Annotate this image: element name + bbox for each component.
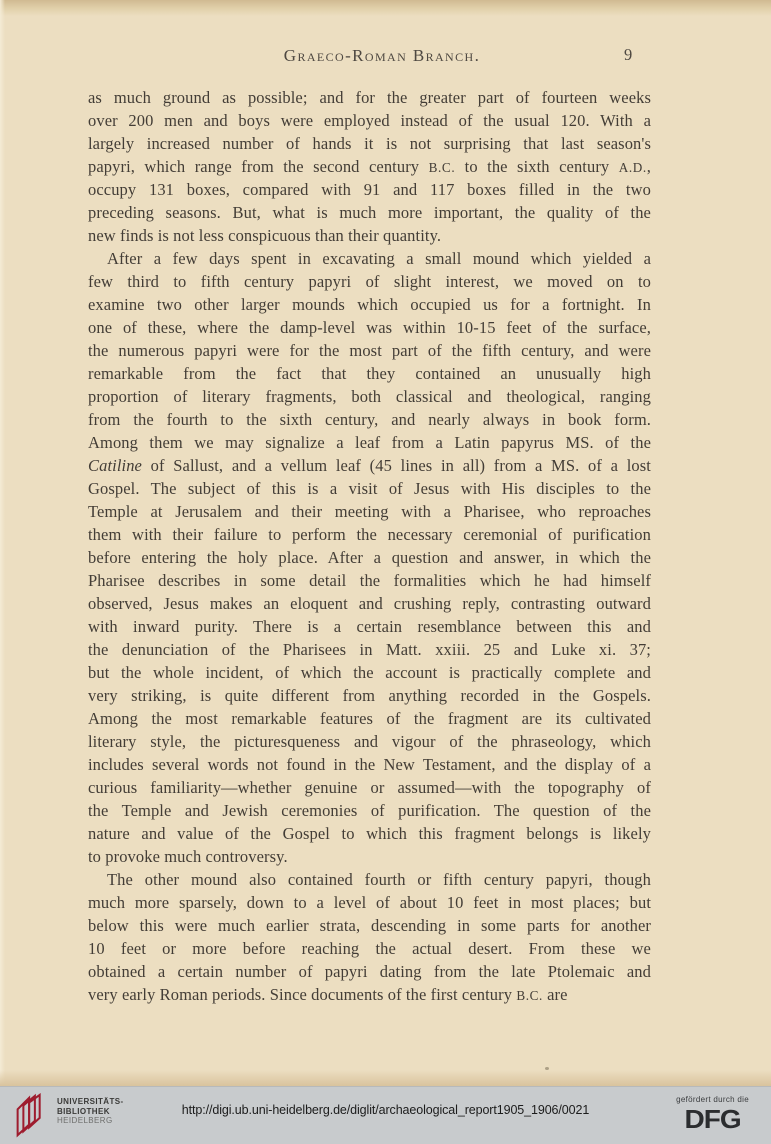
library-name: UNIVERSITÄTS- BIBLIOTHEK HEIDELBERG <box>57 1097 124 1126</box>
text-line: preceding seasons. But, what is much mor… <box>88 201 651 224</box>
text-line: the numerous papyri were for the most pa… <box>88 339 651 362</box>
text-line: over 200 men and boys were employed inst… <box>88 109 651 132</box>
page-text: as much ground as possible; and for the … <box>88 86 651 1006</box>
text-line: proportion of literary fragments, both c… <box>88 385 651 408</box>
text-line: examine two other larger mounds which oc… <box>88 293 651 316</box>
digitization-banner: UNIVERSITÄTS- BIBLIOTHEK HEIDELBERG http… <box>0 1086 771 1144</box>
text-line: papyri, which range from the second cent… <box>88 155 651 178</box>
text-line: below this were much earlier strata, des… <box>88 914 651 937</box>
dfg-logo: DFG <box>676 1105 749 1134</box>
text-line: The other mound also contained fourth or… <box>88 868 651 891</box>
page-number: 9 <box>624 45 632 65</box>
text-line: very early Roman periods. Since document… <box>88 983 651 1006</box>
scanned-page: Graeco-Roman Branch. 9 as much ground as… <box>0 0 771 1144</box>
text-line: largely increased number of hands it is … <box>88 132 651 155</box>
library-logo-icon <box>13 1093 51 1139</box>
text-line: Gospel. The subject of this is a visit o… <box>88 477 651 500</box>
dfg-block: gefördert durch die DFG <box>676 1095 749 1137</box>
text-line: remarkable from the fact that they conta… <box>88 362 651 385</box>
text-line: as much ground as possible; and for the … <box>88 86 651 109</box>
text-line: obtained a certain number of papyri dati… <box>88 960 651 983</box>
text-line: Catiline of Sallust, and a vellum leaf (… <box>88 454 651 477</box>
library-name-line1: UNIVERSITÄTS- <box>57 1097 124 1107</box>
text-line: new finds is not less conspicuous than t… <box>88 224 651 247</box>
library-name-line3: HEIDELBERG <box>57 1116 124 1126</box>
text-line: After a few days spent in excavating a s… <box>88 247 651 270</box>
text-line: Pharisee describes in some detail the fo… <box>88 569 651 592</box>
page-title: Graeco-Roman Branch. <box>88 46 650 66</box>
library-name-line2: BIBLIOTHEK <box>57 1107 124 1117</box>
dfg-caption: gefördert durch die <box>676 1095 749 1104</box>
text-line: before entering the holy place. After a … <box>88 546 651 569</box>
text-line: one of these, where the damp-level was w… <box>88 316 651 339</box>
text-line: from the fourth to the sixth century, an… <box>88 408 651 431</box>
text-line: Among the most remarkable features of th… <box>88 707 651 730</box>
text-line: Among them we may signalize a leaf from … <box>88 431 651 454</box>
text-line: to provoke much controversy. <box>88 845 651 868</box>
text-line: literary style, the picturesqueness and … <box>88 730 651 753</box>
document-url: http://digi.ub.uni-heidelberg.de/diglit/… <box>156 1103 616 1117</box>
text-line: Temple at Jerusalem and their meeting wi… <box>88 500 651 523</box>
text-line: occupy 131 boxes, compared with 91 and 1… <box>88 178 651 201</box>
text-line: observed, Jesus makes an eloquent and cr… <box>88 592 651 615</box>
text-line: curious familiarity—whether genuine or a… <box>88 776 651 799</box>
page-top-edge <box>0 0 771 16</box>
text-line: nature and value of the Gospel to which … <box>88 822 651 845</box>
text-line: them with their failure to perform the n… <box>88 523 651 546</box>
text-line: 10 feet or more before reaching the actu… <box>88 937 651 960</box>
text-line: very striking, is quite different from a… <box>88 684 651 707</box>
text-line: the denunciation of the Pharisees in Mat… <box>88 638 651 661</box>
text-line: the Temple and Jewish ceremonies of puri… <box>88 799 651 822</box>
page-left-edge <box>0 0 5 1088</box>
text-line: but the whole incident, of which the acc… <box>88 661 651 684</box>
text-line: includes several words not found in the … <box>88 753 651 776</box>
text-line: few third to fifth century papyri of sli… <box>88 270 651 293</box>
scan-artifact <box>545 1067 549 1070</box>
text-line: much more sparsely, down to a level of a… <box>88 891 651 914</box>
text-line: with inward purity. There is a certain r… <box>88 615 651 638</box>
